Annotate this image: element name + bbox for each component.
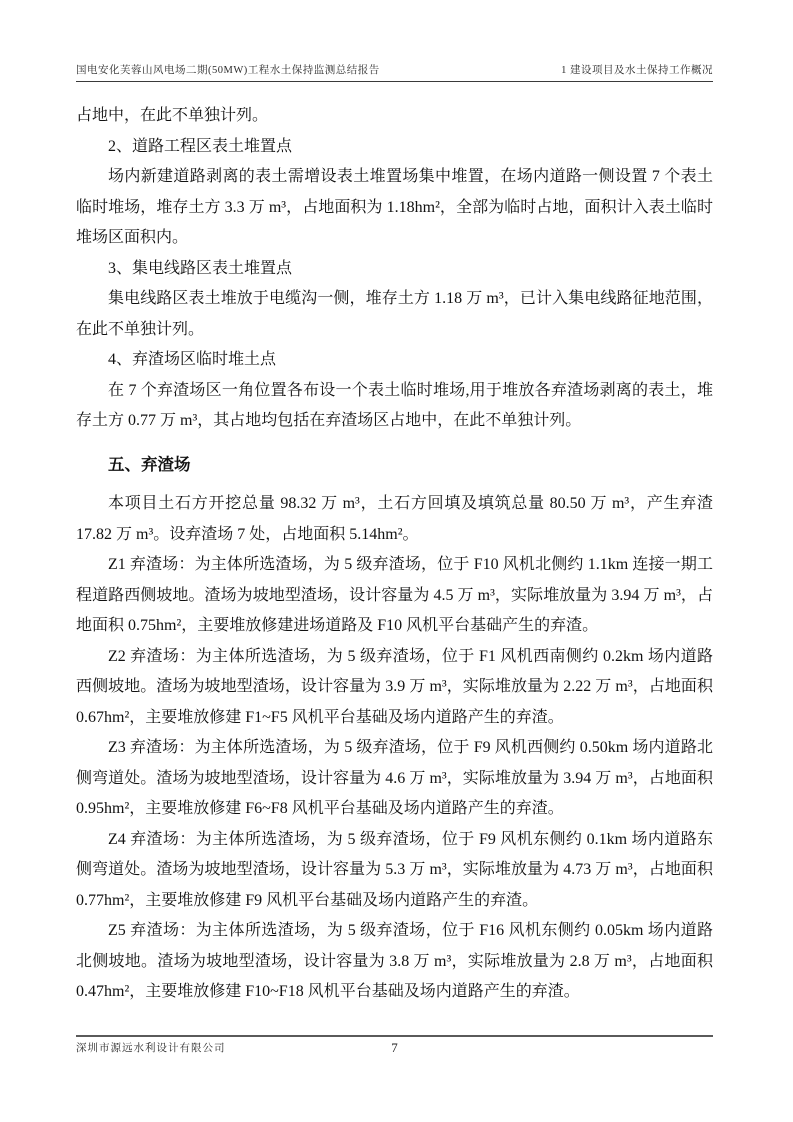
header-chapter-title: 1 建设项目及水土保持工作概况: [561, 62, 713, 77]
paragraph-spoil-ground-z2: Z2 弃渣场：为主体所选渣场，为 5 级弃渣场，位于 F1 风机西南侧约 0.2…: [76, 642, 713, 734]
paragraph-continuation: 占地中，在此不单独计列。: [76, 101, 713, 132]
page-footer: 深圳市源远水利设计有限公司 7: [76, 1035, 713, 1055]
paragraph-spoil-area-temp-piles: 在 7 个弃渣场区一角位置各布设一个表土临时堆场,用于堆放各弃渣场剥离的表土，堆…: [76, 376, 713, 437]
document-body: 占地中，在此不单独计列。 2、道路工程区表土堆置点 场内新建道路剥离的表土需增设…: [76, 101, 713, 1008]
header-report-title: 国电安化芙蓉山风电场二期(50MW)工程水土保持监测总结报告: [76, 62, 380, 77]
subheading-road-topsoil: 2、道路工程区表土堆置点: [76, 132, 713, 163]
paragraph-spoil-ground-z4: Z4 弃渣场：为主体所选渣场，为 5 级弃渣场，位于 F9 风机东侧约 0.1k…: [76, 825, 713, 917]
paragraph-spoil-ground-z1: Z1 弃渣场：为主体所选渣场，为 5 级弃渣场，位于 F10 风机北侧约 1.1…: [76, 550, 713, 642]
paragraph-spoil-ground-z5: Z5 弃渣场：为主体所选渣场，为 5 级弃渣场，位于 F16 风机东侧约 0.0…: [76, 916, 713, 1008]
document-page: 国电安化芙蓉山风电场二期(50MW)工程水土保持监测总结报告 1 建设项目及水土…: [0, 0, 793, 1122]
footer-page-number: 7: [76, 1040, 713, 1056]
subheading-powerline-topsoil: 3、集电线路区表土堆置点: [76, 254, 713, 285]
paragraph-spoil-ground-z3: Z3 弃渣场：为主体所选渣场，为 5 级弃渣场，位于 F9 风机西侧约 0.50…: [76, 733, 713, 825]
subheading-spoil-area-temp-piles: 4、弃渣场区临时堆土点: [76, 345, 713, 376]
paragraph-earthwork-summary: 本项目土石方开挖总量 98.32 万 m³，土石方回填及填筑总量 80.50 万…: [76, 489, 713, 550]
paragraph-road-topsoil: 场内新建道路剥离的表土需增设表土堆置场集中堆置，在场内道路一侧设置 7 个表土临…: [76, 162, 713, 254]
paragraph-powerline-topsoil: 集电线路区表土堆放于电缆沟一侧，堆存土方 1.18 万 m³，已计入集电线路征地…: [76, 284, 713, 345]
section-heading-spoil-grounds: 五、弃渣场: [76, 450, 713, 481]
page-header: 国电安化芙蓉山风电场二期(50MW)工程水土保持监测总结报告 1 建设项目及水土…: [76, 62, 713, 82]
